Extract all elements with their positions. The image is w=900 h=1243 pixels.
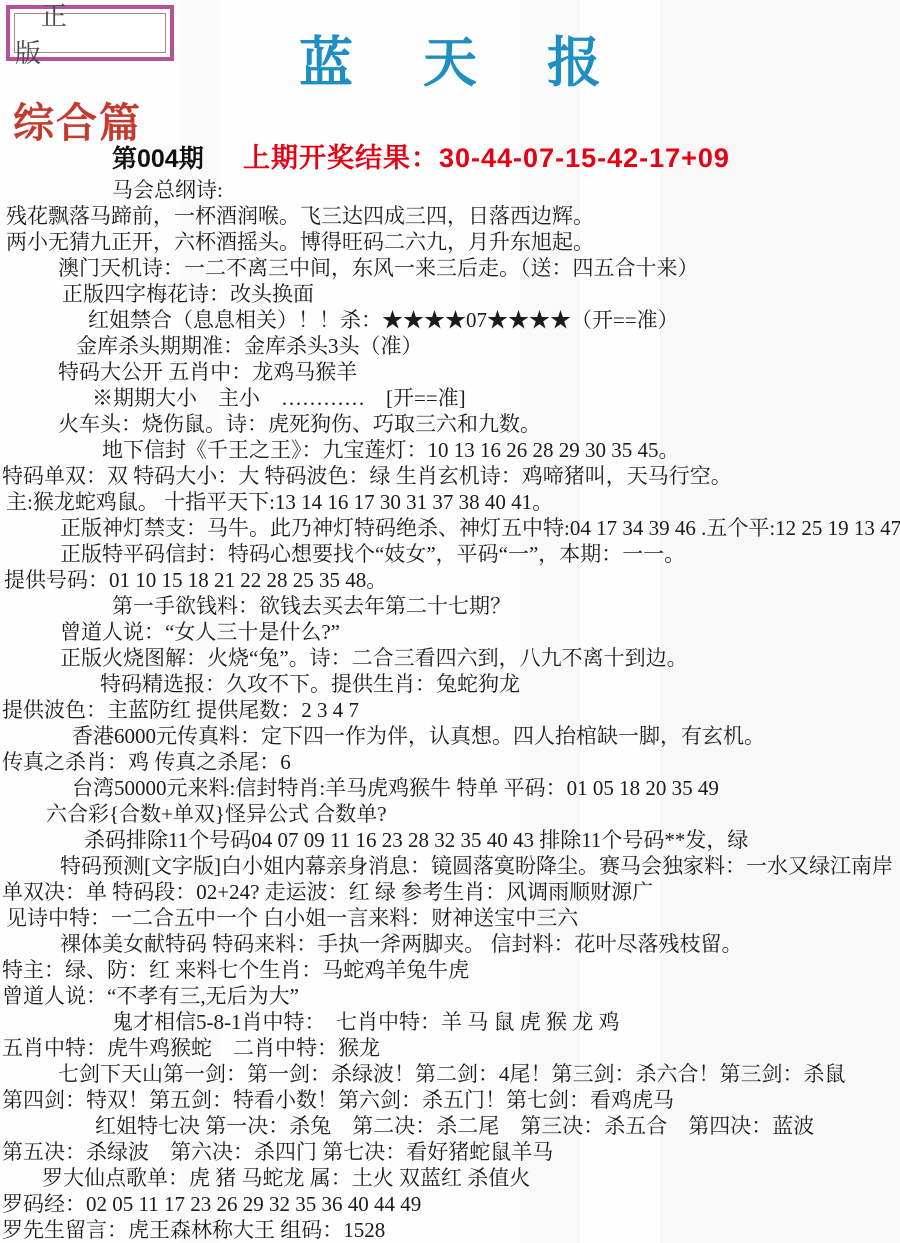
- body-line: 六合彩{合数+单双}怪异公式 合数单?: [46, 801, 900, 827]
- paper-title: 蓝天报: [0, 20, 900, 97]
- body-line: 见诗中特：一二合五中一个 白小姐一言来料：财神送宝中三六: [6, 905, 900, 931]
- body-line: 传真之杀肖：鸡 传真之杀尾：6: [2, 749, 900, 775]
- tips-body: 马会总纲诗: 残花飘落马蹄前，一杯酒润喉。飞三达四成三四，日落西边辉。 两小无猜…: [0, 177, 900, 1243]
- body-line: 提供号码：01 10 15 18 21 22 28 25 35 48。: [4, 567, 900, 593]
- body-line: 正版火烧图解：火烧“兔”。诗：二合三看四六到，八九不离十到边。: [60, 645, 900, 671]
- body-line: 正版特平码信封：特码心想要找个“妓女”，平码“一”，本期：一一。: [60, 541, 900, 567]
- body-line: 鬼才相信5-8-1肖中特： 七肖中特：羊 马 鼠 虎 猴 龙 鸡: [112, 1009, 900, 1035]
- body-line: 马会总纲诗:: [112, 177, 900, 203]
- body-line: 两小无猜九正开，六杯酒摇头。博得旺码二六九，月升东旭起。: [6, 229, 900, 255]
- newspaper-page: 正 版 蓝天报 综合篇 第004期 上期开奖结果：30-44-07-15-42-…: [0, 0, 900, 1243]
- issue-number: 第004期: [112, 139, 204, 175]
- body-line: 主:猴龙蛇鸡鼠。 十指平天下:13 14 16 17 30 31 37 38 4…: [6, 489, 900, 515]
- body-line: 曾道人说：“不孝有三,无后为大”: [2, 983, 900, 1009]
- body-line: 第一手欲钱料：欲钱去买去年第二十七期？: [112, 593, 900, 619]
- body-line: 正版神灯禁支：马牛。此乃神灯特码绝杀、神灯五中特:04 17 34 39 46 …: [60, 515, 900, 541]
- body-line: 特码预测[文字版]白小姐内幕亲身消息：镜圆落寞盼降尘。赛马会独家料：一水又绿江南…: [60, 853, 900, 879]
- body-line: 特码精选报：久攻不下。提供生肖：兔蛇狗龙: [100, 671, 900, 697]
- body-line: 特码大公开 五肖中：龙鸡马猴羊: [58, 359, 900, 385]
- body-line: 第四剑：特双！第五剑：特看小数！第六剑：杀五门！第七剑：看鸡虎马: [2, 1087, 900, 1113]
- body-line: 残花飘落马蹄前，一杯酒润喉。飞三达四成三四，日落西边辉。: [6, 203, 900, 229]
- body-line: 杀码排除11个号码04 07 09 11 16 23 28 32 35 40 4…: [84, 827, 900, 853]
- body-line: 罗大仙点歌单：虎 猪 马蛇龙 属：土火 双蓝红 杀值火: [42, 1165, 900, 1191]
- body-line: 七剑下天山第一剑：第一剑：杀绿波！第二剑：4尾！第三剑：杀六合！第三剑：杀鼠: [58, 1061, 900, 1087]
- body-line: 五肖中特：虎牛鸡猴蛇 二肖中特：猴龙: [2, 1035, 900, 1061]
- body-line: 罗先生留言：虎王森林称大王 组码：1528: [2, 1217, 900, 1243]
- body-line: 火车头：烧伤鼠。诗：虎死狗伤、巧取三六和九数。: [58, 411, 900, 437]
- body-line: 澳门天机诗：一二不离三中间，东风一来三后走。（送：四五合十来）: [58, 255, 900, 281]
- body-line: 台湾50000元来料:信封特肖:羊马虎鸡猴牛 特单 平码：01 05 18 20…: [72, 775, 900, 801]
- body-line: 正版四字梅花诗：改头换面: [62, 281, 900, 307]
- body-line: 罗码经：02 05 11 17 23 26 29 32 35 36 40 44 …: [2, 1191, 900, 1217]
- body-line: 单双决：单 特码段：02+24? 走运波：红 绿 参考生肖：风调雨顺财源广: [2, 879, 900, 905]
- body-line: 红姐特七决 第一决：杀兔 第二决：杀二尾 第三决：杀五合 第四决：蓝波: [95, 1113, 900, 1139]
- body-line: 曾道人说：“女人三十是什么?”: [60, 619, 900, 645]
- body-line: 第五决：杀绿波 第六决：杀四门 第七决：看好猪蛇鼠羊马: [2, 1139, 900, 1165]
- body-line: 香港6000元传真料：定下四一作为伴，认真想。四人抬棺缺一脚，有玄机。: [72, 723, 900, 749]
- body-line: 提供波色：主蓝防红 提供尾数：2 3 4 7: [2, 697, 900, 723]
- last-draw-result: 上期开奖结果：30-44-07-15-42-17+09: [243, 136, 730, 175]
- body-line: 裸体美女献特码 特码来料：手执一斧两脚夹。 信封料：花叶尽落残枝留。: [60, 931, 900, 957]
- body-line: 红姐禁合（息息相关）！！杀：★★★★07★★★★（开==准）: [88, 307, 900, 333]
- body-line: 金库杀头期期准：金库杀头3头（准）: [76, 333, 900, 359]
- body-line: ※期期大小 主小 ………… [开==准]: [92, 385, 900, 411]
- body-line: 地下信封《千王之王》：九宝莲灯：10 13 16 26 28 29 30 35 …: [102, 437, 900, 463]
- body-line: 特码单双：双 特码大小：大 特码波色：绿 生肖玄机诗：鸡啼猪叫，天马行空。: [2, 463, 900, 489]
- body-line: 特主：绿、防：红 来料七个生肖：马蛇鸡羊兔牛虎: [2, 957, 900, 983]
